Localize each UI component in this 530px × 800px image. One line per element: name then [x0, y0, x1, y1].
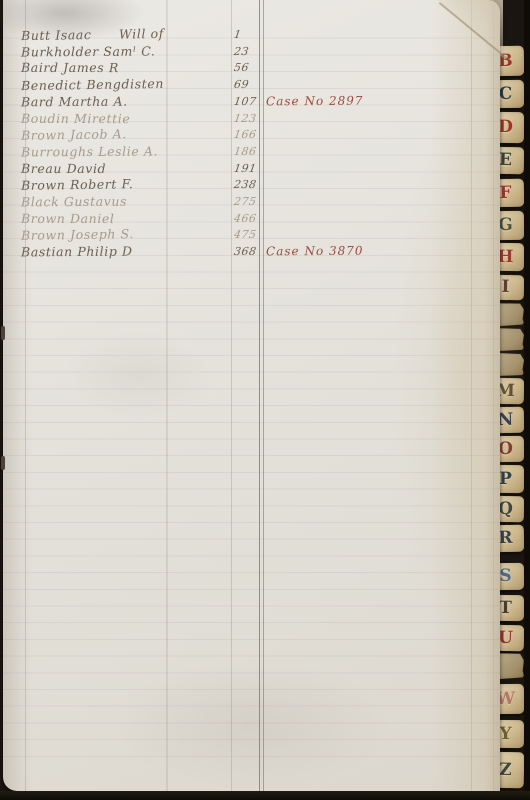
entry-page-number: 123: [233, 112, 259, 125]
entry-name: Brown Jacob A.: [21, 126, 127, 143]
entry-page-number: 275: [233, 195, 259, 208]
entry-name: Black Gustavus: [21, 194, 127, 210]
entry-page-number: 475: [233, 228, 259, 241]
entry-page-number: 186: [233, 145, 259, 158]
entry-name: Baird James R: [21, 60, 119, 75]
tab-letter: S: [499, 568, 511, 585]
ledger-entry: Bard Martha A. 107 Case No 2897: [3, 94, 500, 111]
tab-letter: R: [498, 530, 512, 547]
entry-name: Bard Martha A.: [21, 93, 128, 109]
entry-page-number: 56: [233, 61, 259, 74]
tab-letter: G: [498, 217, 513, 234]
tab-letter: E: [499, 152, 512, 169]
entry-page-number: 23: [233, 45, 259, 58]
ledger-entry: Burroughs Leslie A. 186: [3, 144, 500, 161]
binding-stitch: [1, 326, 5, 340]
entry-name: Brown Robert F.: [21, 176, 134, 193]
tab-letter: Y: [499, 725, 511, 742]
stain-mid-left: [63, 330, 213, 420]
entry-page-number: 166: [233, 128, 259, 141]
entry-name: Breau David: [21, 161, 106, 176]
entry-case-note: Case No 3870: [266, 244, 364, 259]
entry-page-number: 191: [233, 162, 259, 175]
tab-letter: C: [499, 85, 513, 102]
ledger-entry: Brown Jacob A. 166: [3, 127, 500, 144]
entry-page-number: 69: [233, 78, 259, 91]
ledger-entry: Bastian Philip D 368 Case No 3870: [3, 244, 500, 261]
binding-stitch: [1, 456, 5, 470]
entry-name: Butt Isaac Will of: [21, 26, 164, 43]
ledger-entry: Baird James R 56: [3, 60, 500, 77]
ledger-page: Butt Isaac Will of 1 Burkholder Samˡ C. …: [3, 0, 500, 791]
entry-page-number: 1: [233, 28, 259, 41]
stain-bottom: [113, 660, 393, 790]
entry-name: Brown Daniel: [21, 211, 115, 226]
ledger-entry: Brown Joseph S. 475: [3, 227, 500, 244]
entry-page-number: 107: [233, 95, 259, 108]
ledger-entry: Breau David 191: [3, 161, 500, 178]
entry-name: Boudin Mirettie: [21, 110, 130, 125]
ledger-entry: Black Gustavus 275: [3, 194, 500, 211]
entry-case-note: Case No 2897: [266, 93, 364, 108]
ledger-entry: Brown Robert F. 238: [3, 177, 500, 194]
tab-letter: I: [501, 279, 509, 296]
entry-name: Bastian Philip D: [21, 244, 133, 260]
tab-letter: P: [499, 470, 512, 487]
tab-letter: O: [498, 440, 513, 457]
entry-page-number: 238: [233, 178, 259, 191]
entry-name: Benedict Bengdisten: [21, 76, 164, 93]
entry-name: Brown Joseph S.: [21, 227, 134, 244]
ledger-entry: Brown Daniel 466: [3, 211, 500, 228]
book-edge-shadow: [524, 0, 530, 800]
ledger-entry: Burkholder Samˡ C. 23: [3, 44, 500, 61]
tab-letter: F: [499, 184, 511, 201]
tab-letter: Z: [499, 761, 512, 778]
entry-page-number: 466: [233, 212, 259, 225]
tab-letter: Q: [498, 500, 513, 517]
scan-background: B C D E F G H I M N O P Q R S T U W Y: [0, 0, 530, 800]
table-surface: [0, 791, 530, 800]
entry-name: Burroughs Leslie A.: [21, 143, 158, 159]
tab-letter: U: [498, 629, 513, 646]
tab-letter: B: [498, 52, 513, 69]
entry-page-number: 368: [233, 245, 259, 258]
entry-name: Burkholder Samˡ C.: [21, 43, 156, 59]
ledger-entry: Benedict Bengdisten 69: [3, 77, 500, 94]
tab-letter: T: [499, 599, 512, 616]
ledger-entry: Butt Isaac Will of 1: [3, 27, 500, 44]
tab-letter: D: [498, 119, 513, 136]
ledger-entry: Boudin Mirettie 123: [3, 111, 500, 128]
